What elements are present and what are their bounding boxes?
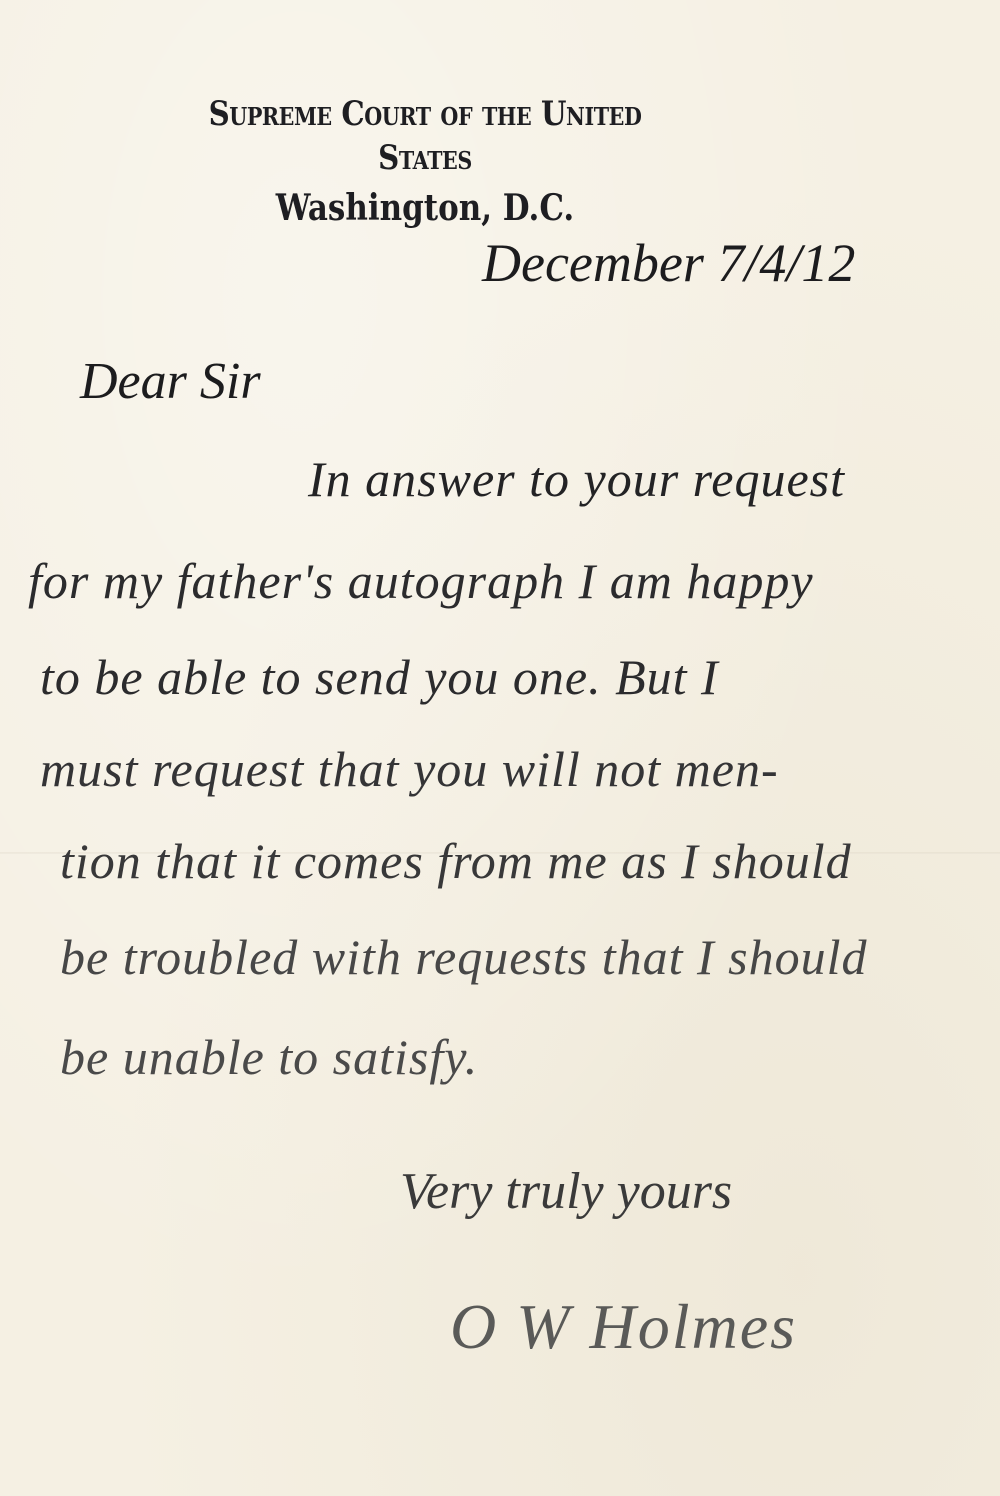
letter-date: December 7/4/12 <box>482 232 855 294</box>
body-line: must request that you will not men- <box>40 740 779 798</box>
letterhead: Supreme Court of the United States Washi… <box>140 92 710 232</box>
body-line: to be able to send you one. But I <box>40 648 719 706</box>
closing: Very truly yours <box>400 1162 732 1221</box>
letterhead-location: Washington, D.C. <box>180 184 670 232</box>
signature: O W Holmes <box>450 1290 797 1364</box>
body-line: tion that it comes from me as I should <box>60 832 852 890</box>
body-line: for my father's autograph I am happy <box>28 552 814 610</box>
letterhead-court-name: Supreme Court of the United States <box>180 92 670 180</box>
body-line: In answer to your request <box>308 450 845 508</box>
body-line: be unable to satisfy. <box>60 1028 478 1086</box>
salutation: Dear Sir <box>80 352 261 411</box>
body-line: be troubled with requests that I should <box>60 928 867 986</box>
